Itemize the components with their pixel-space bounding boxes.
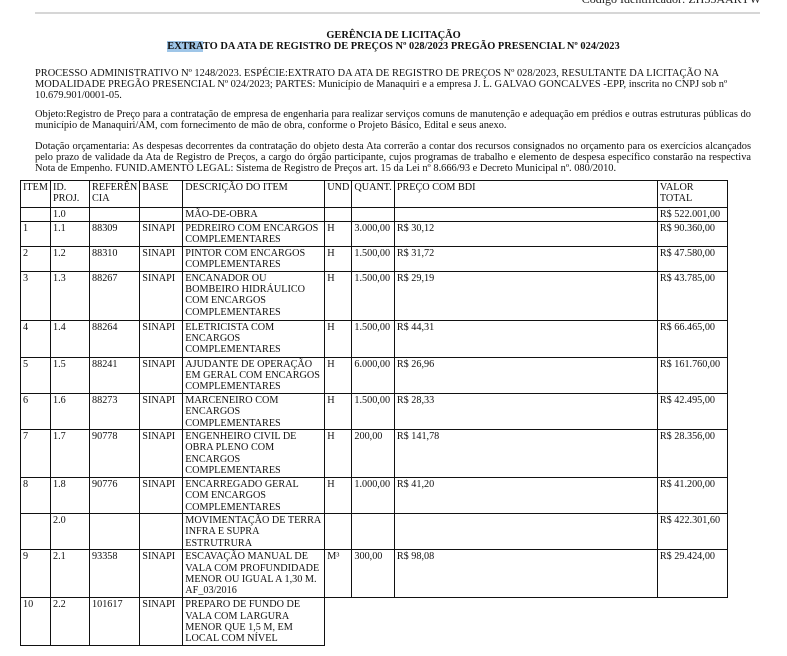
identifier-label: Código Identificador: — [582, 0, 686, 6]
col-header-und: UND — [325, 181, 352, 208]
cell-valor-total: R$ 47.580,00 — [657, 246, 727, 271]
cell-referencia — [90, 208, 140, 222]
cell-descricao: PREPARO DE FUNDO DE VALA COM LARGURA MEN… — [183, 598, 325, 646]
cell-item: 9 — [21, 550, 51, 598]
cell-descricao: ELETRICISTA COM ENCARGOS COMPLEMENTARES — [183, 320, 325, 357]
cell-referencia: 88273 — [90, 393, 140, 429]
cell-preco — [394, 598, 657, 646]
table-row: 31.388267SINAPIENCANADOR OU BOMBEIRO HID… — [21, 271, 728, 320]
cell-quant: 1.500,00 — [352, 246, 394, 271]
cell-und: H — [325, 430, 352, 478]
cell-und: M³ — [325, 550, 352, 598]
items-table: ITEM ID. PROJ. REFERÊN CIA BASE DESCRIÇÃ… — [20, 180, 728, 646]
cell-valor-total: R$ 161.760,00 — [657, 357, 727, 393]
cell-base: SINAPI — [140, 430, 183, 478]
identifier-value: ZH35AARYW — [688, 0, 761, 6]
cell-und: H — [325, 477, 352, 513]
cell-und: H — [325, 271, 352, 320]
cell-descricao: MÃO-DE-OBRA — [183, 208, 325, 222]
cell-base: SINAPI — [140, 222, 183, 247]
col-header-item: ITEM — [21, 181, 51, 208]
page-divider — [35, 12, 760, 14]
text-selection[interactable]: EXTRA — [167, 41, 203, 52]
cell-und — [325, 208, 352, 222]
cell-quant: 3.000,00 — [352, 222, 394, 247]
cell-id-proj: 2.0 — [51, 513, 90, 549]
paragraph-processo: PROCESSO ADMINISTRATIVO Nº 1248/2023. ES… — [35, 68, 751, 102]
cell-base: SINAPI — [140, 320, 183, 357]
cell-preco — [394, 513, 657, 549]
cell-descricao: ENCANADOR OU BOMBEIRO HIDRÁULICO COM ENC… — [183, 271, 325, 320]
table-row: 21.288310SINAPIPINTOR COM ENCARGOS COMPL… — [21, 246, 728, 271]
cell-descricao: PINTOR COM ENCARGOS COMPLEMENTARES — [183, 246, 325, 271]
cell-id-proj: 1.6 — [51, 393, 90, 429]
cell-und: H — [325, 393, 352, 429]
col-header-id-proj: ID. PROJ. — [51, 181, 90, 208]
table-row: 71.790778SINAPIENGENHEIRO CIVIL DE OBRA … — [21, 430, 728, 478]
table-row: 41.488264SINAPIELETRICISTA COM ENCARGOS … — [21, 320, 728, 357]
cell-quant: 1.500,00 — [352, 271, 394, 320]
cell-preco — [394, 208, 657, 222]
cell-descricao: AJUDANTE DE OPERAÇÃO EM GERAL COM ENCARG… — [183, 357, 325, 393]
cell-und: H — [325, 246, 352, 271]
table-row: 1.0MÃO-DE-OBRAR$ 522.001,00 — [21, 208, 728, 222]
cell-base: SINAPI — [140, 550, 183, 598]
cell-item — [21, 208, 51, 222]
cell-und: H — [325, 357, 352, 393]
cell-valor-total: R$ 422.301,60 — [657, 513, 727, 549]
cell-referencia: 88267 — [90, 271, 140, 320]
cell-descricao: ENCARREGADO GERAL COM ENCARGOS COMPLEMEN… — [183, 477, 325, 513]
cell-item: 4 — [21, 320, 51, 357]
col-header-referencia: REFERÊN CIA — [90, 181, 140, 208]
cell-item: 3 — [21, 271, 51, 320]
cell-referencia — [90, 513, 140, 549]
cell-preco: R$ 44,31 — [394, 320, 657, 357]
cell-base: SINAPI — [140, 393, 183, 429]
cell-valor-total: R$ 28.356,00 — [657, 430, 727, 478]
cell-preco: R$ 31,72 — [394, 246, 657, 271]
cell-preco: R$ 30,12 — [394, 222, 657, 247]
cell-referencia: 88241 — [90, 357, 140, 393]
cell-preco: R$ 98,08 — [394, 550, 657, 598]
cell-valor-total: R$ 522.001,00 — [657, 208, 727, 222]
cell-id-proj: 2.2 — [51, 598, 90, 646]
cell-und — [325, 598, 352, 646]
cell-referencia: 93358 — [90, 550, 140, 598]
cell-quant: 1.500,00 — [352, 393, 394, 429]
table-row: 61.688273SINAPIMARCENEIRO COM ENCARGOS C… — [21, 393, 728, 429]
cell-referencia: 90776 — [90, 477, 140, 513]
cell-referencia: 88264 — [90, 320, 140, 357]
cell-descricao: MOVIMENTAÇÃO DE TERRA INFRA E SUPRA ESTR… — [183, 513, 325, 549]
table-row: 11.188309SINAPIPEDREIRO COM ENCARGOS COM… — [21, 222, 728, 247]
cell-item — [21, 513, 51, 549]
cell-quant — [352, 208, 394, 222]
cell-base: SINAPI — [140, 357, 183, 393]
cell-valor-total: R$ 90.360,00 — [657, 222, 727, 247]
cell-id-proj: 1.8 — [51, 477, 90, 513]
cell-und: H — [325, 222, 352, 247]
table-header-row: ITEM ID. PROJ. REFERÊN CIA BASE DESCRIÇÃ… — [21, 181, 728, 208]
cell-item: 8 — [21, 477, 51, 513]
cell-id-proj: 1.5 — [51, 357, 90, 393]
cell-referencia: 88309 — [90, 222, 140, 247]
cell-quant: 1.500,00 — [352, 320, 394, 357]
cell-item: 10 — [21, 598, 51, 646]
cell-quant — [352, 513, 394, 549]
section-heading: GERÊNCIA DE LICITAÇÃO — [0, 30, 787, 41]
cell-item: 5 — [21, 357, 51, 393]
cell-quant — [352, 598, 394, 646]
col-header-base: BASE — [140, 181, 183, 208]
cell-base: SINAPI — [140, 271, 183, 320]
cell-preco: R$ 141,78 — [394, 430, 657, 478]
col-header-quant: QUANT. — [352, 181, 394, 208]
table-row: 102.2101617SINAPIPREPARO DE FUNDO DE VAL… — [21, 598, 728, 646]
cell-quant: 6.000,00 — [352, 357, 394, 393]
cell-base: SINAPI — [140, 477, 183, 513]
cell-item: 6 — [21, 393, 51, 429]
cell-base: SINAPI — [140, 246, 183, 271]
cell-quant: 300,00 — [352, 550, 394, 598]
cell-quant: 1.000,00 — [352, 477, 394, 513]
identifier-code: Código Identificador: ZH35AARYW — [582, 0, 761, 7]
cell-preco: R$ 29,19 — [394, 271, 657, 320]
paragraph-objeto: Objeto:Registro de Preço para a contrata… — [35, 109, 751, 131]
cell-base — [140, 208, 183, 222]
cell-und — [325, 513, 352, 549]
cell-base — [140, 513, 183, 549]
col-header-descricao: DESCRIÇÃO DO ITEM — [183, 181, 325, 208]
table-row: 92.193358SINAPIESCAVAÇÃO MANUAL DE VALA … — [21, 550, 728, 598]
table-row: 81.890776SINAPIENCARREGADO GERAL COM ENC… — [21, 477, 728, 513]
col-header-valor-total: VALOR TOTAL — [657, 181, 727, 208]
cell-id-proj: 1.0 — [51, 208, 90, 222]
col-header-preco: PREÇO COM BDI — [394, 181, 657, 208]
cell-preco: R$ 41,20 — [394, 477, 657, 513]
cell-item: 7 — [21, 430, 51, 478]
cell-id-proj: 1.2 — [51, 246, 90, 271]
document-title[interactable]: EXTRATO DA ATA DE REGISTRO DE PREÇOS Nº … — [0, 41, 787, 52]
cell-id-proj: 1.1 — [51, 222, 90, 247]
cell-descricao: MARCENEIRO COM ENCARGOS COMPLEMENTARES — [183, 393, 325, 429]
table-row: 51.588241SINAPIAJUDANTE DE OPERAÇÃO EM G… — [21, 357, 728, 393]
cell-valor-total: R$ 29.424,00 — [657, 550, 727, 598]
cell-base: SINAPI — [140, 598, 183, 646]
cell-descricao: PEDREIRO COM ENCARGOS COMPLEMENTARES — [183, 222, 325, 247]
cell-preco: R$ 28,33 — [394, 393, 657, 429]
cell-referencia: 101617 — [90, 598, 140, 646]
cell-descricao: ESCAVAÇÃO MANUAL DE VALA COM PROFUNDIDAD… — [183, 550, 325, 598]
cell-descricao: ENGENHEIRO CIVIL DE OBRA PLENO COM ENCAR… — [183, 430, 325, 478]
document-title-rest: TO DA ATA DE REGISTRO DE PREÇOS Nº 028/2… — [203, 41, 620, 52]
cell-item: 1 — [21, 222, 51, 247]
cell-referencia: 90778 — [90, 430, 140, 478]
cell-id-proj: 1.3 — [51, 271, 90, 320]
cell-valor-total: R$ 43.785,00 — [657, 271, 727, 320]
cell-valor-total — [657, 598, 727, 646]
paragraph-dotacao: Dotação orçamentaria: As despesas decorr… — [35, 141, 751, 175]
cell-valor-total: R$ 66.465,00 — [657, 320, 727, 357]
table-row: 2.0MOVIMENTAÇÃO DE TERRA INFRA E SUPRA E… — [21, 513, 728, 549]
cell-valor-total: R$ 41.200,00 — [657, 477, 727, 513]
cell-id-proj: 1.4 — [51, 320, 90, 357]
cell-item: 2 — [21, 246, 51, 271]
cell-preco: R$ 26,96 — [394, 357, 657, 393]
cell-referencia: 88310 — [90, 246, 140, 271]
cell-valor-total: R$ 42.495,00 — [657, 393, 727, 429]
cell-quant: 200,00 — [352, 430, 394, 478]
cell-id-proj: 1.7 — [51, 430, 90, 478]
cell-und: H — [325, 320, 352, 357]
cell-id-proj: 2.1 — [51, 550, 90, 598]
